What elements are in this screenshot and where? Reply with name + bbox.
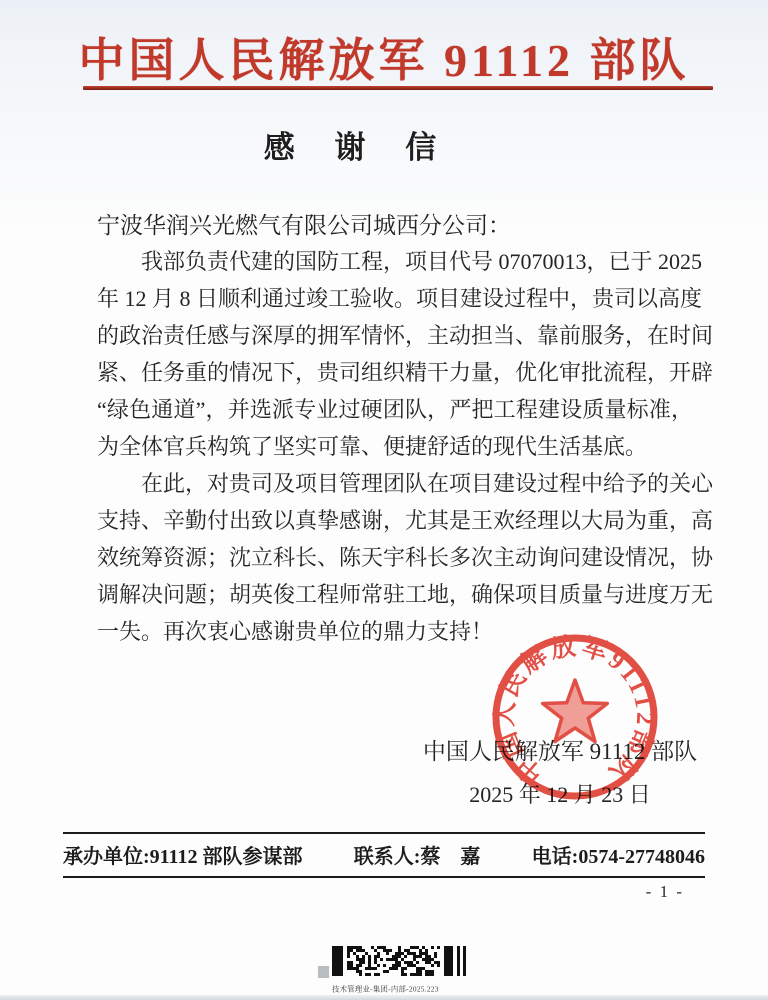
scanned-letter-page: 中国人民解放军 91112 部队 感 谢 信 宁波华润兴光燃气有限公司城西分公司… [0,0,768,1000]
footer-contact: 联系人:蔡 嘉 [354,840,481,869]
page-number: - 1 - [646,882,684,902]
scan-bottom-edge [0,995,768,1000]
body-line: 支持、辛勤付出致以真挚感谢，尤其是王欢经理以大局为重，高 [97,502,693,539]
barcode-block: 技术管理业-集团-内部-2025.223 [318,946,478,995]
barcode-quiet-square [318,966,329,978]
body-line: 一失。再次衷心感谢贵单位的鼎力支持！ [97,613,693,650]
signature-date: 2025 年 12 月 23 日 [420,778,700,809]
body-line: 我部负责代建的国防工程，项目代号 07070013，已于 2025 [97,243,693,280]
recipient-line: 宁波华润兴光燃气有限公司城西分公司： [97,207,693,240]
body-line: 为全体官兵构筑了坚实可靠、便捷舒适的现代生活基底。 [97,428,693,465]
footer-phone: 电话:0574-27748046 [532,840,705,869]
letterhead-rule [83,86,713,90]
signature-block: 中国人民解放军 91112 部队 2025 年 12 月 23 日 [420,733,700,809]
barcode-label: 技术管理业-集团-内部-2025.223 [332,984,466,994]
footer-band: 承办单位:91112 部队参谋部 联系人:蔡 嘉 电话:0574-2774804… [63,832,705,878]
letter-title: 感 谢 信 [0,122,700,167]
barcode [318,946,478,978]
body-line: 年 12 月 8 日顺利通过竣工验收。项目建设过程中，贵司以高度 [97,280,693,317]
letterhead-unit-name: 中国人民解放军 91112 部队 [0,24,768,90]
body-line: “绿色通道”，并选派专业过硬团队，严把工程建设质量标准， [97,391,693,428]
body-line: 效统筹资源；沈立科长、陈天宇科长多次主动询问建设情况，协 [97,539,693,576]
footer-organizer: 承办单位:91112 部队参谋部 [63,840,302,869]
signature-unit-name: 中国人民解放军 91112 部队 [420,733,700,766]
body-line: 紧、任务重的情况下，贵司组织精干力量，优化审批流程，开辟 [97,354,693,391]
letter-body: 我部负责代建的国防工程，项目代号 07070013，已于 2025 年 12 月… [97,243,693,650]
body-line: 调解决问题；胡英俊工程师常驻工地，确保项目质量与进度万无 [97,576,693,613]
body-line: 在此，对贵司及项目管理团队在项目建设过程中给予的关心 [97,465,693,502]
body-line: 的政治责任感与深厚的拥军情怀，主动担当、靠前服务，在时间 [97,317,693,354]
